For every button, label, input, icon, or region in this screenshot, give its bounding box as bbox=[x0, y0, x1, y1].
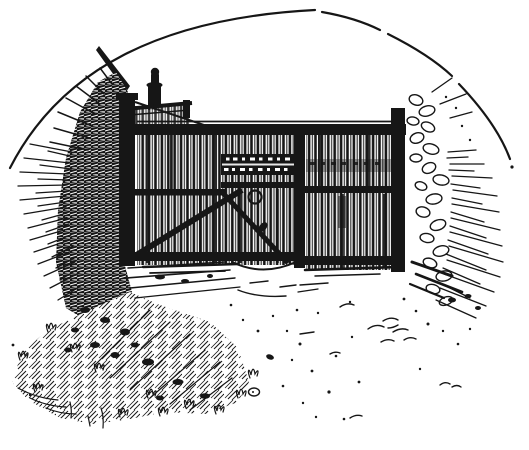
left-mid-rail bbox=[135, 189, 225, 196]
right-bottom-rail bbox=[304, 256, 396, 265]
middle-stile bbox=[294, 126, 305, 268]
top-rail bbox=[120, 124, 406, 135]
left-post bbox=[119, 96, 135, 266]
right-post bbox=[391, 108, 405, 272]
engraving-canvas: Black-ink engraving: double wooden barre… bbox=[0, 0, 529, 450]
right-leaf-latch-smudge bbox=[338, 196, 346, 228]
left-bottom-rail bbox=[122, 252, 296, 261]
roof-end-post bbox=[183, 100, 190, 118]
engraving-figure: Black-ink engraving: double wooden barre… bbox=[0, 0, 529, 450]
right-mid-rail bbox=[304, 186, 394, 193]
bolt-bands bbox=[221, 154, 296, 188]
